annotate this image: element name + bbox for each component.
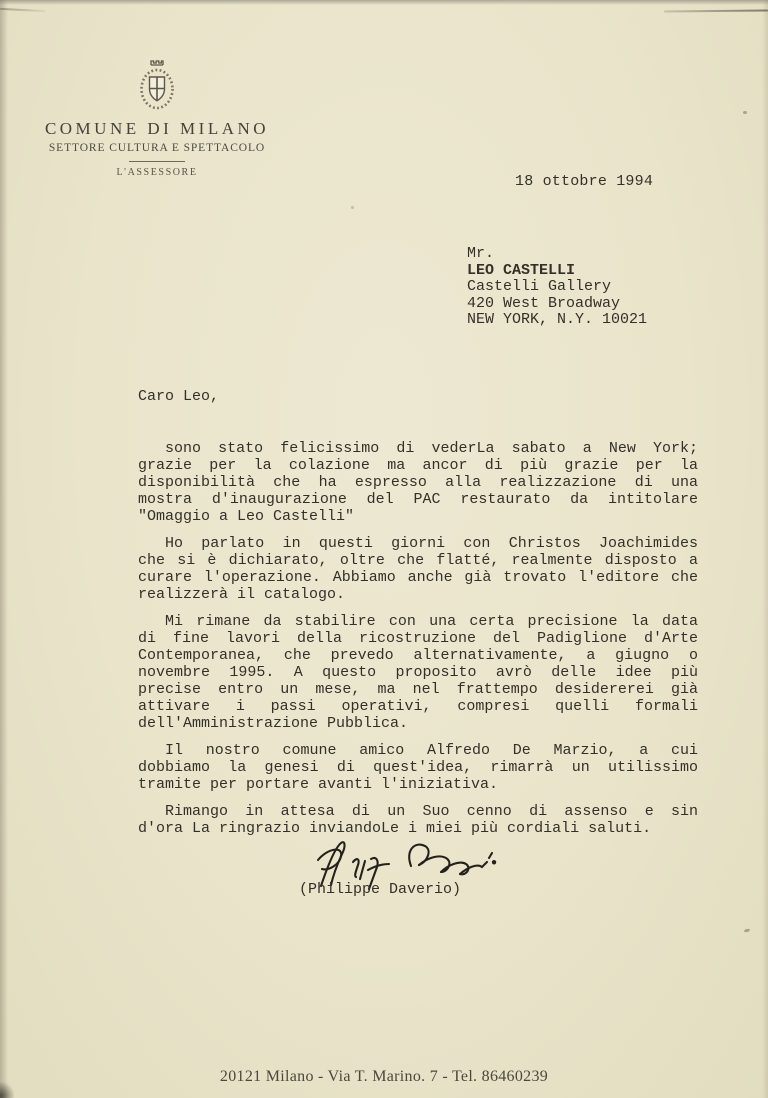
body-line: curare l'operazione. Abbiamo anche già t… [138, 569, 698, 586]
body-line: d'ora La ringrazio inviandoLe i miei più… [138, 820, 698, 837]
letterhead-department: SETTORE CULTURA E SPETTACOLO [32, 142, 282, 154]
letter-body: sono stato felicissimo di vederLa sabato… [138, 440, 698, 837]
recipient-street: 420 West Broadway [467, 296, 647, 313]
body-line: grazie per la colazione ma ancor di più … [138, 457, 698, 474]
recipient-address: Mr. LEO CASTELLI Castelli Gallery 420 We… [467, 246, 647, 329]
paragraph-2: Ho parlato in questi giorni con Christos… [138, 535, 698, 603]
paragraph-5: Rimango in attesa di un Suo cenno di ass… [138, 803, 698, 837]
signature-typed-name: (Philippe Daverio) [299, 881, 461, 898]
paragraph-1: sono stato felicissimo di vederLa sabato… [138, 440, 698, 525]
milan-crest-icon [137, 58, 177, 112]
body-line: Contemporanea, che prevedo alternativame… [138, 647, 698, 664]
scan-edge-top [0, 0, 768, 5]
body-line: Ho parlato in questi giorni con Christos… [138, 535, 698, 552]
body-line: tramite per portare avanti l'iniziativa. [138, 776, 698, 793]
body-line: Il nostro comune amico Alfredo De Marzio… [138, 742, 698, 759]
recipient-name: LEO CASTELLI [467, 263, 647, 280]
body-line: precise entro un mese, ma nel frattempo … [138, 681, 698, 698]
paragraph-3: Mi rimane da stabilire con una certa pre… [138, 613, 698, 732]
body-line: attivare i passi operativi, compresi que… [138, 698, 698, 715]
letter-date: 18 ottobre 1994 [515, 173, 653, 190]
body-line: novembre 1995. A questo proposito avrò d… [138, 664, 698, 681]
scan-scratch-top-right [664, 9, 768, 12]
scan-speck [351, 206, 354, 209]
salutation: Caro Leo, [138, 388, 219, 405]
body-line: Rimango in attesa di un Suo cenno di ass… [138, 803, 698, 820]
body-line: realizzerà il catalogo. [138, 586, 698, 603]
recipient-prefix: Mr. [467, 246, 647, 263]
body-line: "Omaggio a Leo Castelli" [138, 508, 698, 525]
letterhead-role: L'ASSESSORE [32, 167, 282, 178]
scan-edge-right [762, 0, 768, 1098]
scan-speck [743, 111, 747, 114]
body-line: dobbiamo la genesi di quest'idea, rimarr… [138, 759, 698, 776]
scan-edge-left [0, 0, 8, 1098]
body-line: Mi rimane da stabilire con una certa pre… [138, 613, 698, 630]
recipient-city: NEW YORK, N.Y. 10021 [467, 312, 647, 329]
letterhead-org: COMUNE DI MILANO [32, 119, 282, 139]
recipient-organization: Castelli Gallery [467, 279, 647, 296]
scan-speck [744, 928, 751, 932]
paragraph-4: Il nostro comune amico Alfredo De Marzio… [138, 742, 698, 793]
body-line: di fine lavori della ricostruzione del P… [138, 630, 698, 647]
body-line: dell'Amministrazione Pubblica. [138, 715, 698, 732]
body-line: che si è dichiarato, oltre che flatté, r… [138, 552, 698, 569]
letterhead-divider [129, 161, 185, 162]
letterhead: COMUNE DI MILANO SETTORE CULTURA E SPETT… [32, 58, 282, 178]
scanned-letter-page: COMUNE DI MILANO SETTORE CULTURA E SPETT… [0, 0, 768, 1098]
body-line: mostra d'inaugurazione del PAC restaurat… [138, 491, 698, 508]
footer-address: 20121 Milano - Via T. Marino. 7 - Tel. 8… [0, 1068, 768, 1086]
body-line: disponibilità che ha espresso alla reali… [138, 474, 698, 491]
body-line: sono stato felicissimo di vederLa sabato… [138, 440, 698, 457]
